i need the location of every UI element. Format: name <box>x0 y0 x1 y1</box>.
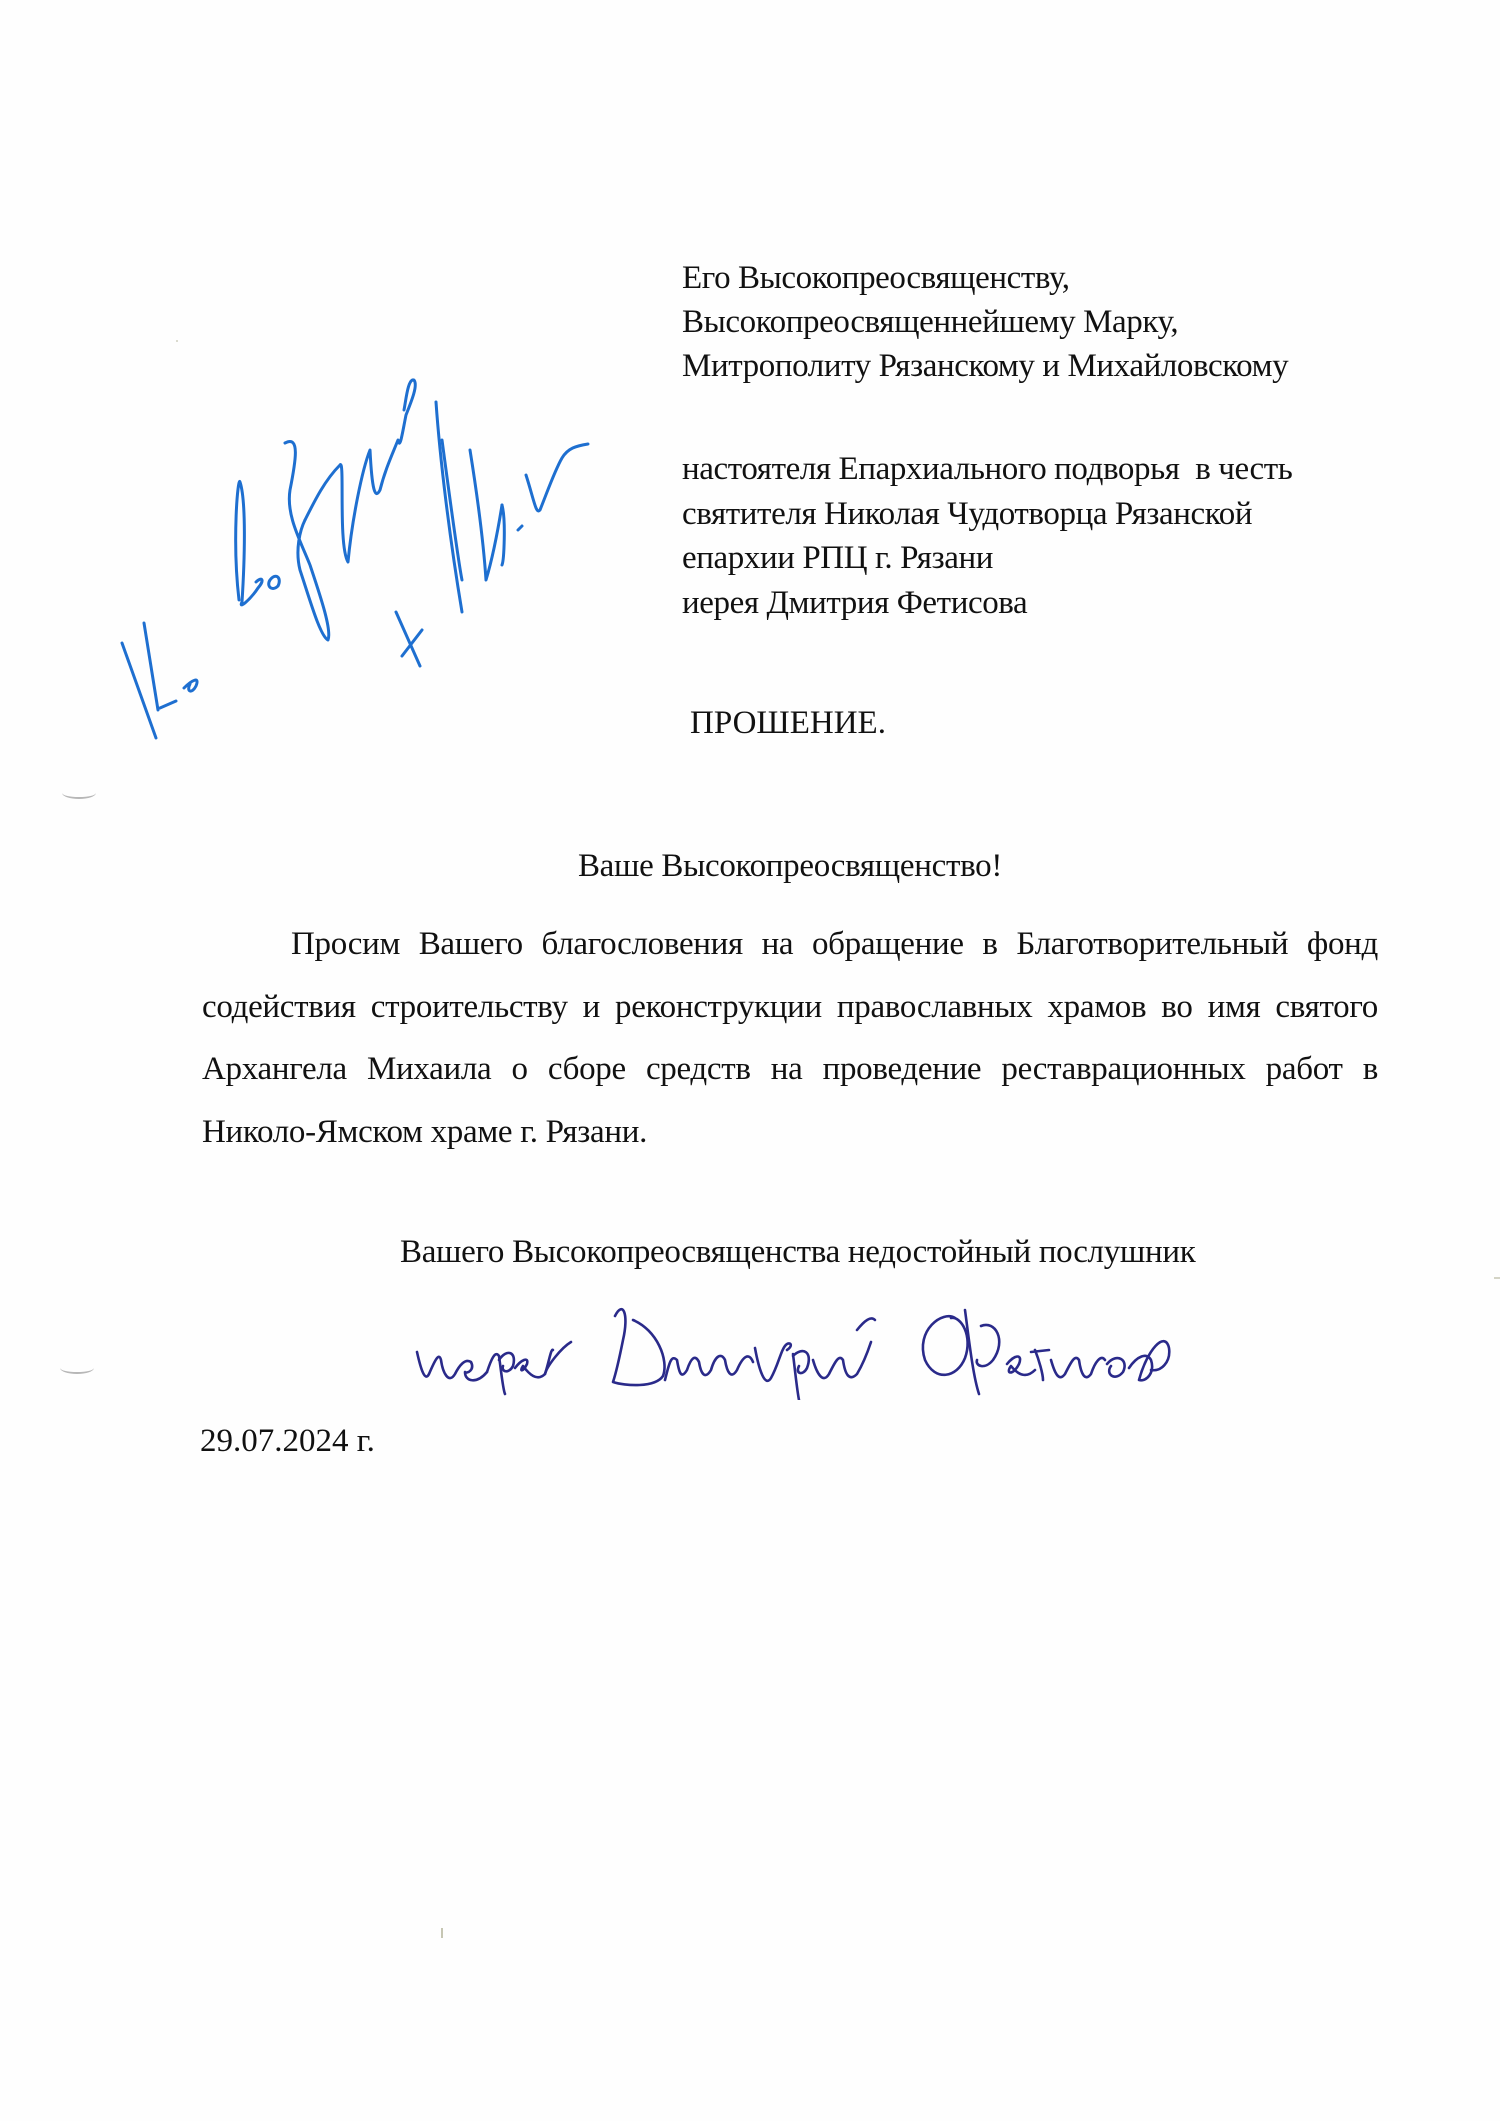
handwritten-signature <box>395 1290 1285 1400</box>
salutation: Ваше Высокопреосвященство! <box>202 846 1378 886</box>
addressee-line: Его Высокопреосвященству, <box>682 256 1288 300</box>
scanned-page: Его Высокопреосвященству, Высокопреосвящ… <box>0 0 1500 2121</box>
scan-artifact <box>176 340 178 342</box>
addressee-line: Митрополиту Рязанскому и Михайловскому <box>682 344 1288 388</box>
body-paragraph: Просим Вашего благословения на обращение… <box>202 913 1378 1163</box>
signature-ink-icon <box>395 1290 1285 1400</box>
scan-artifact <box>441 1928 443 1938</box>
document-date: 29.07.2024 г. <box>200 1421 375 1461</box>
scan-artifact <box>1494 1277 1500 1279</box>
addressee-line: Высокопреосвященнейшему Марку, <box>682 300 1288 344</box>
sender-line: иерея Дмитрия Фетисова <box>682 581 1292 626</box>
sender-line: настоятеля Епархиального подворья в чест… <box>682 447 1292 492</box>
sender-block: настоятеля Епархиального подворья в чест… <box>682 447 1292 625</box>
closing-line: Вашего Высокопреосвященства недостойный … <box>400 1232 1195 1272</box>
punch-hole-mark <box>60 1362 94 1374</box>
handwritten-resolution <box>100 340 620 760</box>
sender-line: епархии РПЦ г. Рязани <box>682 536 1292 581</box>
document-title: ПРОШЕНИЕ. <box>690 703 886 743</box>
sender-line: святителя Николая Чудотворца Рязанской <box>682 492 1292 537</box>
addressee-block: Его Высокопреосвященству, Высокопреосвящ… <box>682 256 1288 388</box>
punch-hole-mark <box>62 787 96 799</box>
resolution-ink-icon <box>100 340 620 760</box>
